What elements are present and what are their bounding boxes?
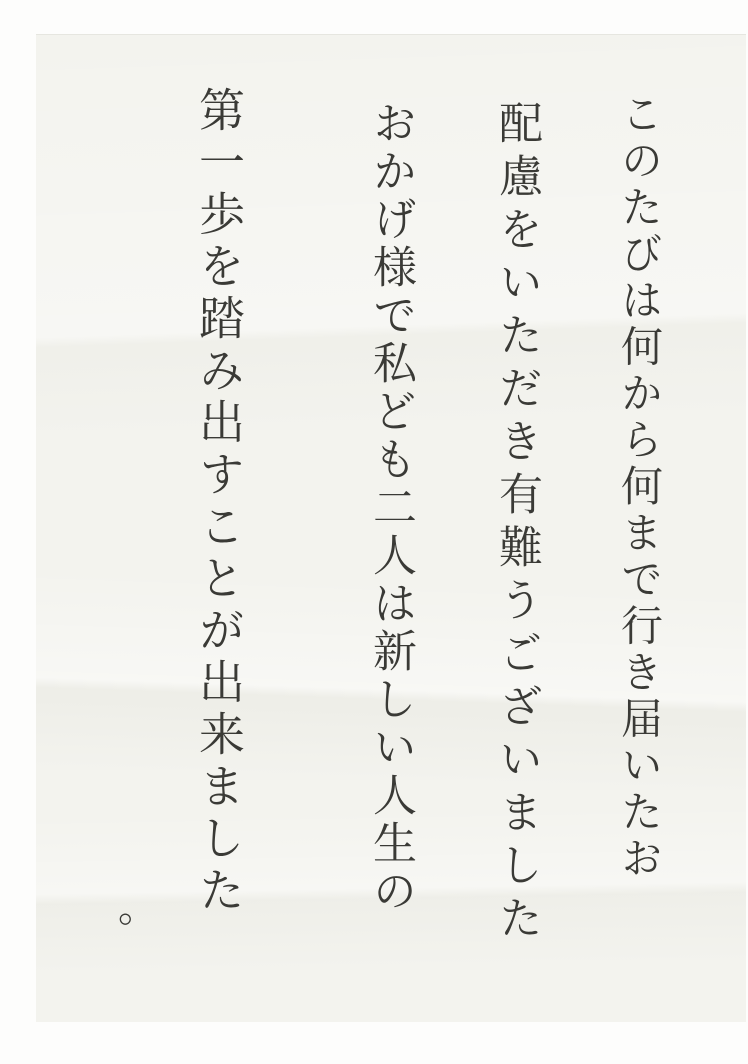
text-column-2: 配慮をいただき有難うございました <box>494 100 538 948</box>
text-column-3: おかげ様で私ども二人は新しい人生の <box>368 100 412 916</box>
closing-period-mark: 。 <box>118 888 158 928</box>
text-column-1: このたびは何から何まで行き届いたお <box>618 92 660 883</box>
scanned-page: このたびは何から何まで行き届いたお 配慮をいただき有難うございました おかげ様で… <box>0 0 748 1064</box>
text-column-4: 第一歩を踏み出すことが出来ました <box>196 86 242 918</box>
